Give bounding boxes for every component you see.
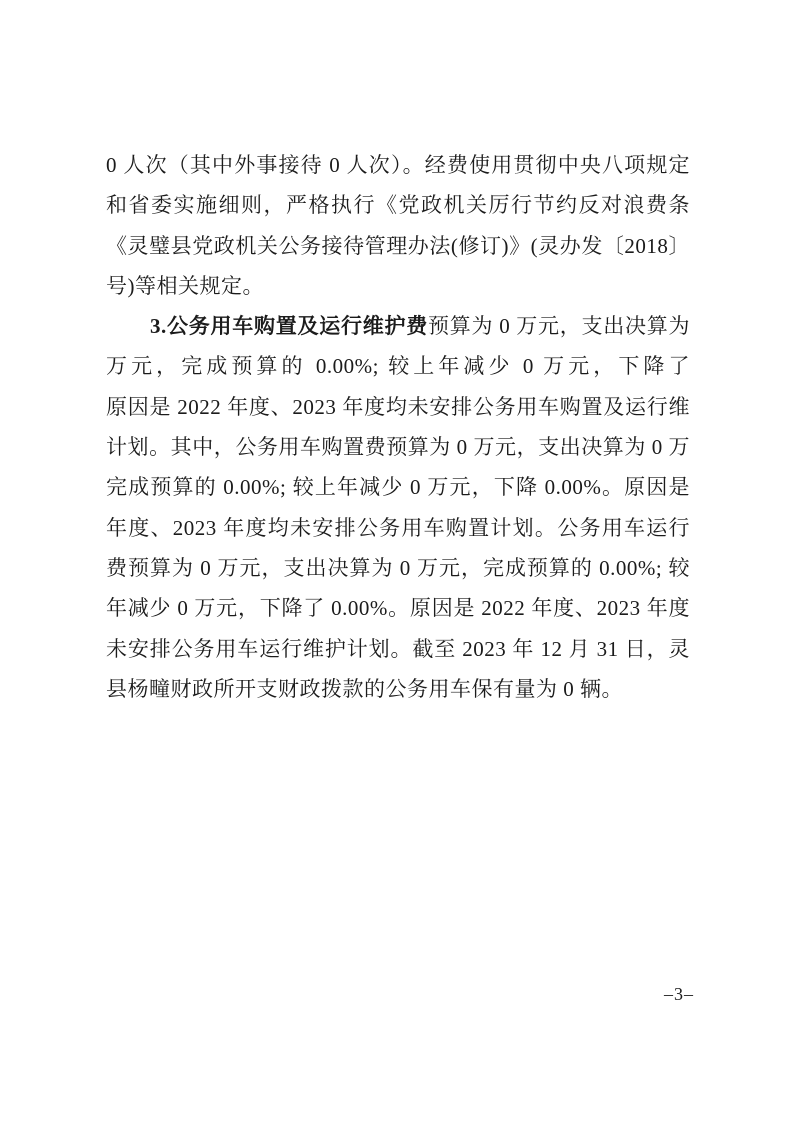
text-line: 费预算为 0 万元，支出决算为 0 万元，完成预算的 0.00%; 较上 <box>106 548 690 588</box>
text-segment: 《灵璧县党政机关公务接待管理办法(修订)》(灵办发〔2018〕22 <box>106 234 690 266</box>
text-line: 《灵璧县党政机关公务接待管理办法(修订)》(灵办发〔2018〕22 <box>106 226 690 266</box>
text-segment: 未安排公务用车运行维护计划。截至 2023 年 12 月 31 日，灵璧 <box>106 637 690 669</box>
text-segment: 完成预算的 0.00%; 较上年减少 0 万元，下降 0.00%。原因是 202… <box>106 475 690 507</box>
text-line: 未安排公务用车运行维护计划。截至 2023 年 12 月 31 日，灵璧 <box>106 629 690 669</box>
document-body-text: 0 人次（其中外事接待 0 人次）。经费使用贯彻中央八项规定精神和省委实施细则，… <box>106 145 690 709</box>
text-line: 年度、2023 年度均未安排公务用车购置计划。公务用车运行维护 <box>106 508 690 548</box>
text-line: 原因是 2022 年度、2023 年度均未安排公务用车购置及运行维护 <box>106 387 690 427</box>
text-segment: 费预算为 0 万元，支出决算为 0 万元，完成预算的 0.00%; 较上 <box>106 556 690 588</box>
text-segment: 年减少 0 万元，下降了 0.00%。原因是 2022 年度、2023 年度均 <box>106 596 690 628</box>
text-line: 3.公务用车购置及运行维护费预算为 0 万元，支出决算为 0 <box>106 306 690 346</box>
text-line: 号)等相关规定。 <box>106 266 690 306</box>
text-segment: 号)等相关规定。 <box>106 274 264 298</box>
text-segment: 和省委实施细则，严格执行《党政机关厉行节约反对浪费条例》、 <box>106 193 690 225</box>
text-line: 县杨疃财政所开支财政拨款的公务用车保有量为 0 辆。 <box>106 669 690 709</box>
text-line: 0 人次（其中外事接待 0 人次）。经费使用贯彻中央八项规定精神 <box>106 145 690 185</box>
text-line: 和省委实施细则，严格执行《党政机关厉行节约反对浪费条例》、 <box>106 185 690 225</box>
text-segment: 原因是 2022 年度、2023 年度均未安排公务用车购置及运行维护 <box>106 395 690 427</box>
text-segment: 年度、2023 年度均未安排公务用车购置计划。公务用车运行维护 <box>106 516 690 548</box>
text-line: 万元，完成预算的 0.00%; 较上年减少 0 万元，下降了 0.00%。 <box>106 346 690 386</box>
page-number: –3– <box>664 983 694 1005</box>
bold-inline-heading: 3.公务用车购置及运行维护费 <box>150 314 428 338</box>
document-page: 0 人次（其中外事接待 0 人次）。经费使用贯彻中央八项规定精神和省委实施细则，… <box>0 0 793 1122</box>
text-segment: 计划。其中，公务用车购置费预算为 0 万元，支出决算为 0 万元， <box>106 435 690 467</box>
text-line: 完成预算的 0.00%; 较上年减少 0 万元，下降 0.00%。原因是 202… <box>106 467 690 507</box>
reception-funds-paragraph: 0 人次（其中外事接待 0 人次）。经费使用贯彻中央八项规定精神和省委实施细则，… <box>106 145 690 306</box>
text-line: 年减少 0 万元，下降了 0.00%。原因是 2022 年度、2023 年度均 <box>106 588 690 628</box>
text-segment: 0 人次（其中外事接待 0 人次）。经费使用贯彻中央八项规定精神 <box>106 153 690 185</box>
text-segment: 县杨疃财政所开支财政拨款的公务用车保有量为 0 辆。 <box>106 677 623 701</box>
text-segment: 万元，完成预算的 0.00%; 较上年减少 0 万元，下降了 0.00%。 <box>106 354 690 386</box>
vehicle-purchase-maintenance-paragraph: 3.公务用车购置及运行维护费预算为 0 万元，支出决算为 0万元，完成预算的 0… <box>106 306 690 709</box>
text-line: 计划。其中，公务用车购置费预算为 0 万元，支出决算为 0 万元， <box>106 427 690 467</box>
